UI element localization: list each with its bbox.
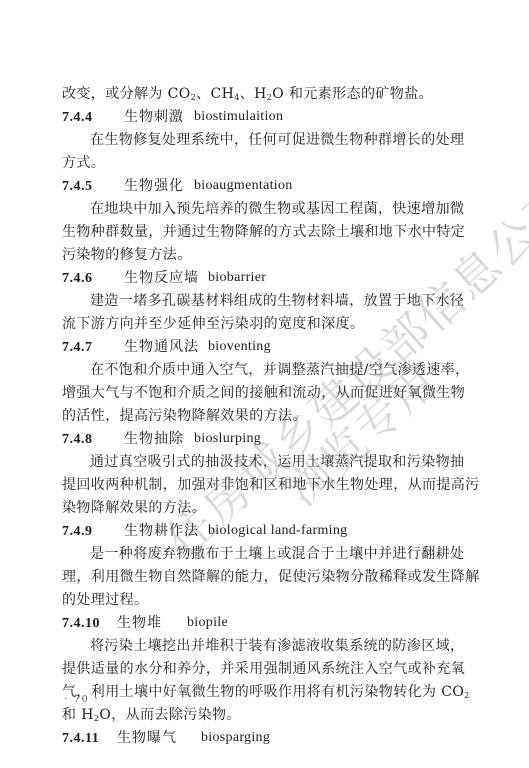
section-number: 7.4.6 xyxy=(62,268,124,290)
section-title-zh: 生物强化 xyxy=(124,175,184,197)
body-line: 通过真空吸引式的抽汲技术，运用土壤蒸汽提取和污染物抽 xyxy=(62,451,464,473)
section-title-en: bioslurping xyxy=(194,428,261,450)
body-line: 染物降解效果的方法。 xyxy=(62,497,206,519)
section-title-en: biostimulaition xyxy=(194,106,283,128)
body-line: 理，利用微生物自然降解的能力，促使污染物分散稀释或发生降解 xyxy=(62,566,480,588)
text: 和 H xyxy=(62,707,94,723)
section-number: 7.4.7 xyxy=(62,337,124,359)
section-title-en: bioaugmentation xyxy=(194,175,293,197)
section-heading-7-4-4: 7.4.4生物刺激biostimulaition xyxy=(62,106,184,129)
section-heading-7-4-5: 7.4.5生物强化bioaugmentation xyxy=(62,175,184,198)
body-line: 的活性，提高污染物降解效果的方法。 xyxy=(62,405,307,427)
body-line: 污染物的修复方法。 xyxy=(62,244,192,266)
section-title-en: biosparging xyxy=(201,727,270,749)
section-number: 7.4.11 xyxy=(62,728,117,750)
section-title-en: biobarrier xyxy=(208,267,266,289)
section-title-zh: 生物曝气 xyxy=(117,727,177,749)
body-line: 提供适量的水分和养分，并采用强制通风系统注入空气或补充氧 xyxy=(62,658,465,680)
section-number: 7.4.10 xyxy=(62,613,117,635)
section-title-zh: 生物刺激 xyxy=(124,106,184,128)
body-line: 流下游方向并至少延伸至污染羽的宽度和深度。 xyxy=(62,313,364,335)
section-heading-7-4-9: 7.4.9生物耕作法biological land-farming xyxy=(62,520,199,543)
text: 、CH xyxy=(196,86,234,102)
section-title-zh: 生物通风法 xyxy=(124,336,199,358)
text: O 和元素形态的矿物盐。 xyxy=(272,86,433,102)
page-number: · 70 · xyxy=(64,693,100,705)
text: O，从而去除污染物。 xyxy=(99,707,240,723)
section-number: 7.4.9 xyxy=(62,521,124,543)
section-title-en: bioventing xyxy=(208,336,271,358)
section-heading-7-4-11: 7.4.11生物曝气biosparging xyxy=(62,727,177,750)
body-line: 将污染土壤挖出并堆积于装有渗滤液收集系统的防渗区域， xyxy=(62,635,464,657)
body-line: 生物种群数量，并通过生物降解的方式去除土壤和地下水中特定 xyxy=(62,221,465,243)
section-number: 7.4.8 xyxy=(62,429,124,451)
section-heading-7-4-6: 7.4.6生物反应墙biobarrier xyxy=(62,267,199,290)
body-line: 增强大气与不饱和介质之间的接触和流动，从而促进好氧微生物 xyxy=(62,382,465,404)
section-heading-7-4-7: 7.4.7生物通风法bioventing xyxy=(62,336,199,359)
section-heading-7-4-10: 7.4.10生物堆biopile xyxy=(62,612,162,635)
text: 、H xyxy=(240,86,267,102)
body-line: 在生物修复处理系统中，任何可促进微生物种群增长的处理 xyxy=(62,129,464,151)
text: 改变，或分解为 CO xyxy=(62,86,191,102)
subscript: 2 xyxy=(464,691,470,700)
body-line: 在不饱和介质中通入空气，并调整蒸汽抽提/空气渗透速率， xyxy=(62,359,470,381)
section-title-zh: 生物反应墙 xyxy=(124,267,199,289)
body-line: 是一种将废弃物撒布于土壤上或混合于土壤中并进行翻耕处 xyxy=(62,543,464,565)
body-line: 方式。 xyxy=(62,152,105,174)
section-title-zh: 生物抽除 xyxy=(124,428,184,450)
text: 气，利用土壤中好氧微生物的呼吸作用将有机污染物转化为 CO xyxy=(62,684,464,700)
section-title-en: biopile xyxy=(187,612,228,634)
section-title-zh: 生物耕作法 xyxy=(124,520,199,542)
section-title-zh: 生物堆 xyxy=(117,612,162,634)
body-line: 的处理过程。 xyxy=(62,589,148,611)
body-line: 提回收两种机制，加强对非饱和区和地下水生物处理，从而提高污 xyxy=(62,474,480,496)
section-title-en: biological land-farming xyxy=(208,520,347,542)
section-number: 7.4.4 xyxy=(62,107,124,129)
body-line: 建造一堵多孔碳基材料组成的生物材料墙，放置于地下水径 xyxy=(62,290,464,312)
section-heading-7-4-8: 7.4.8生物抽除bioslurping xyxy=(62,428,184,451)
section-number: 7.4.5 xyxy=(62,176,124,198)
body-line: 在地块中加入预先培养的微生物或基因工程菌，快速增加微 xyxy=(62,198,464,220)
